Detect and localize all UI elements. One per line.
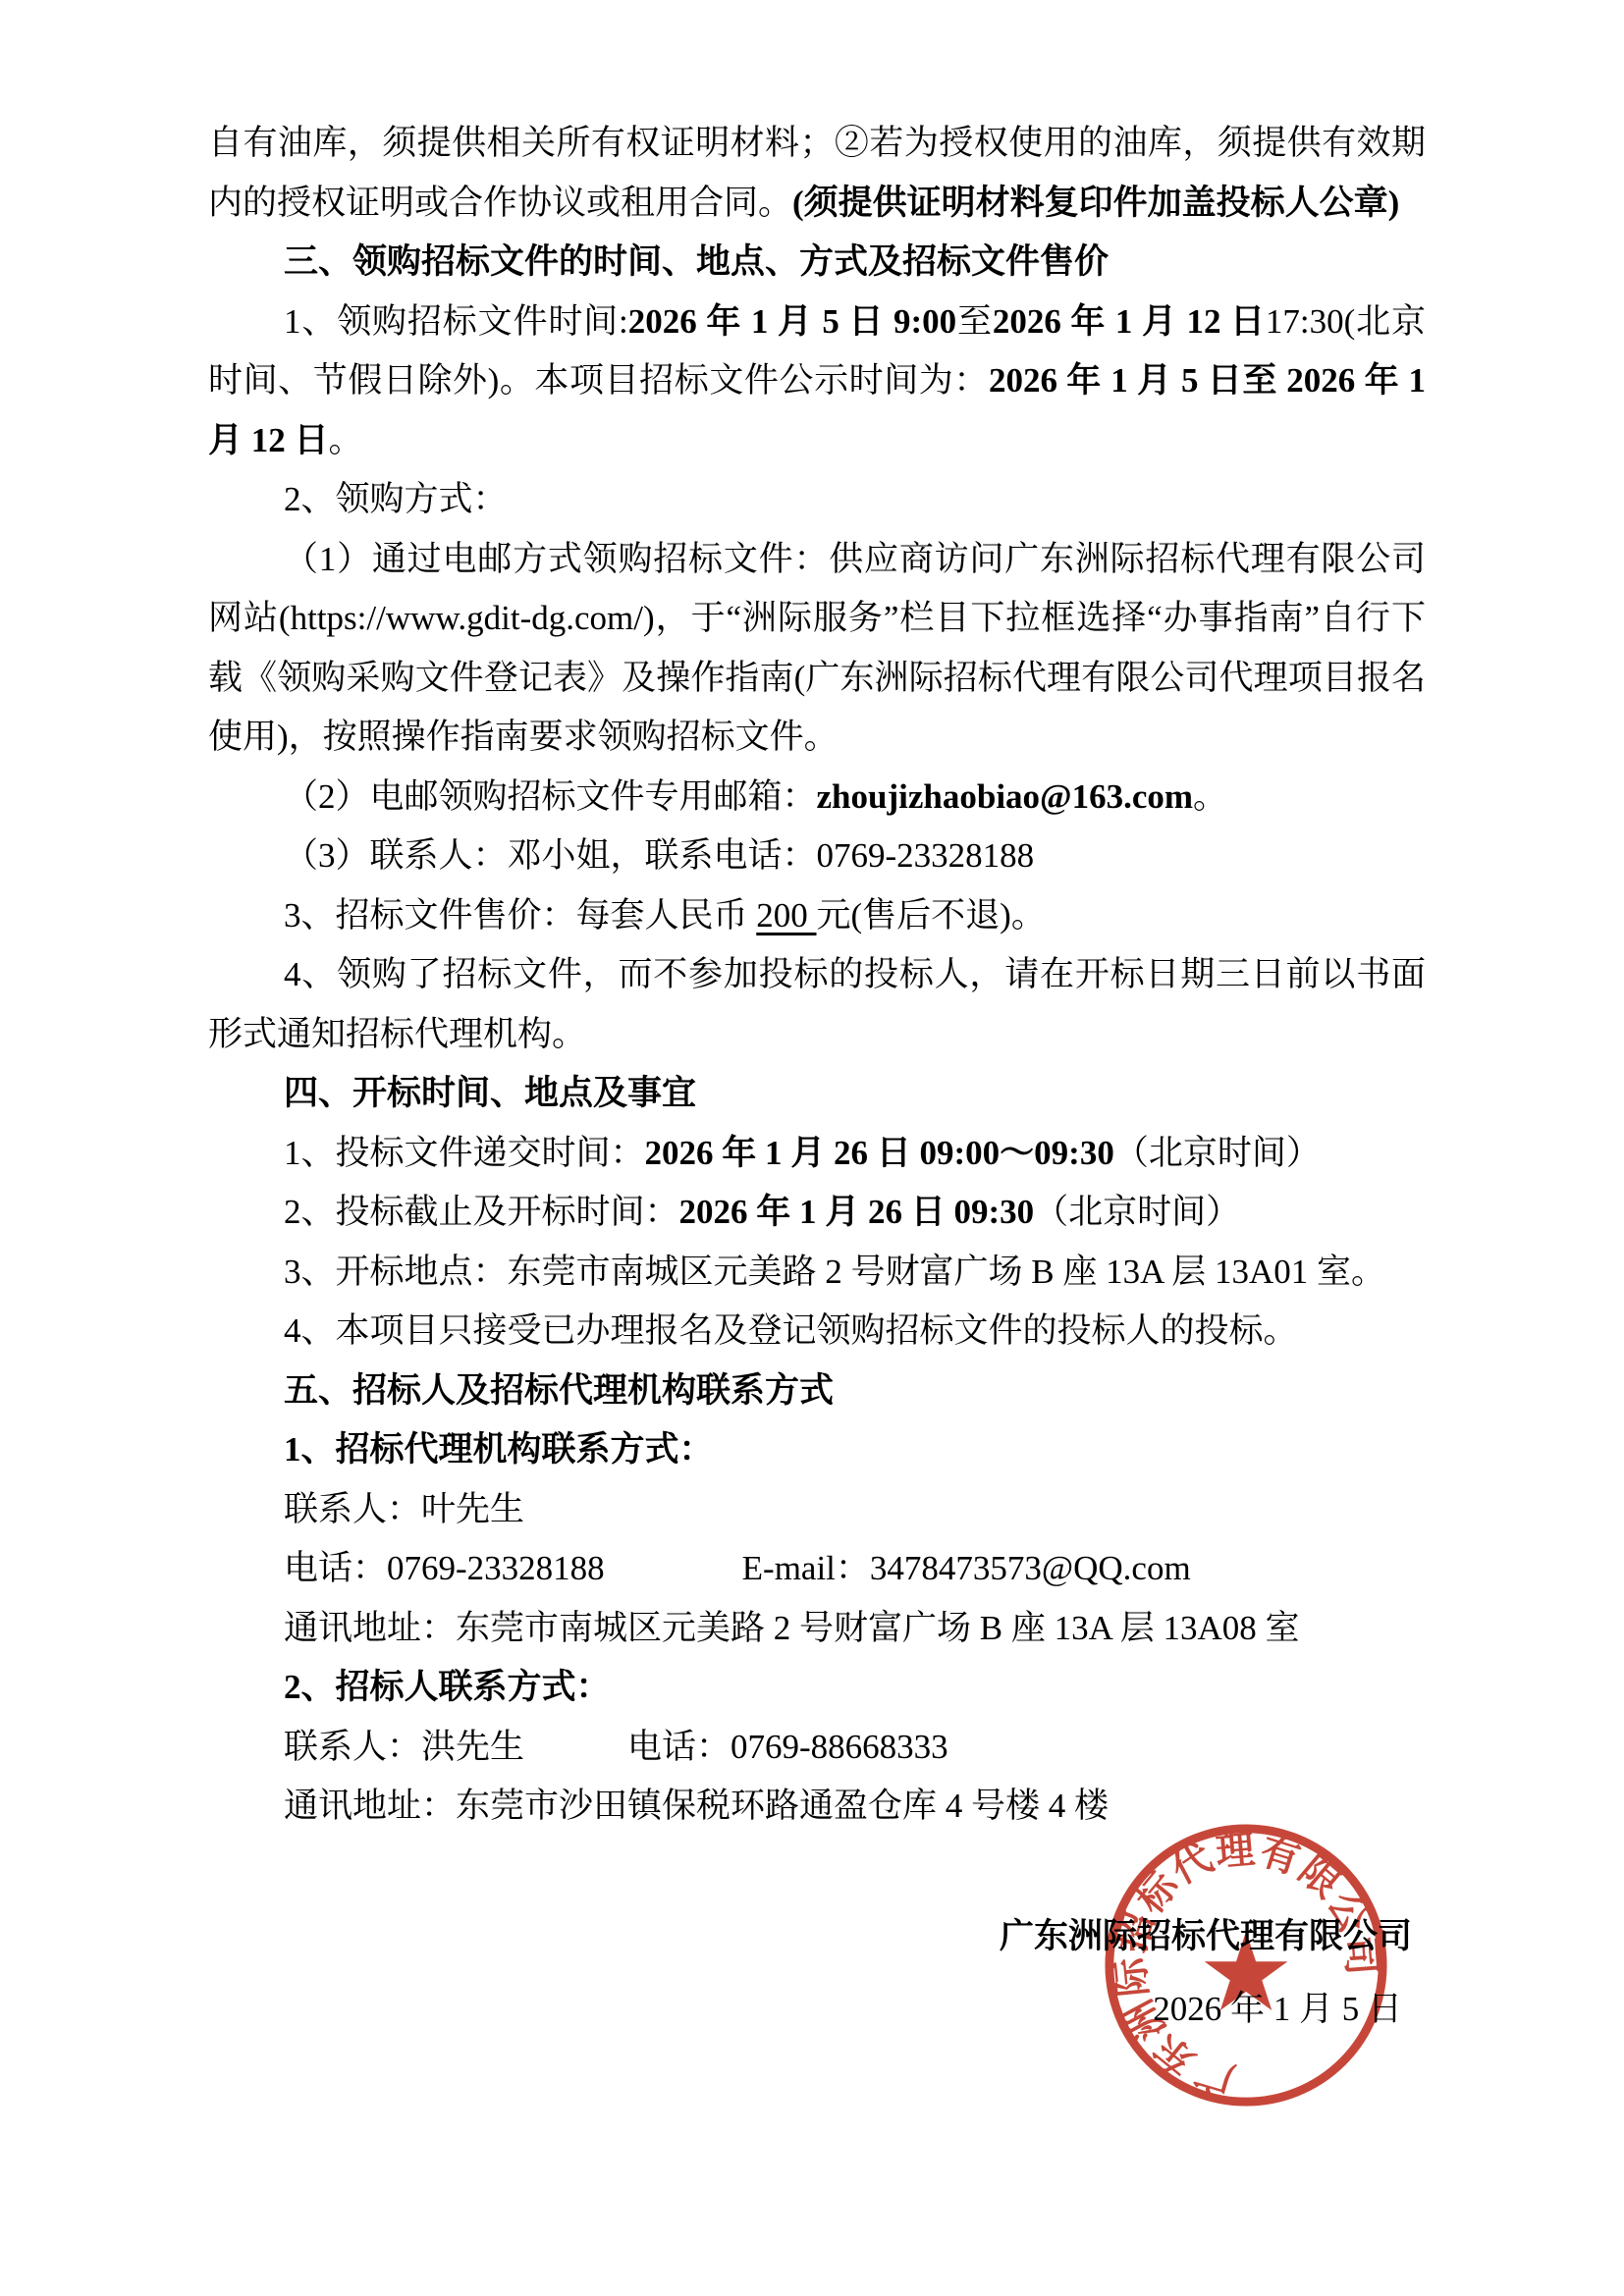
text-run: 2、投标截止及开标时间： (284, 1193, 679, 1231)
item-opening-location: 3、开标地点：东莞市南城区元美路 2 号财富广场 B 座 13A 层 13A01… (208, 1243, 1426, 1303)
section-3-heading: 三、领购招标文件的时间、地点、方式及招标文件售价 (208, 233, 1426, 293)
text-run: 4、本项目只接受已办理报名及登记领购招标文件的投标人的投标。 (284, 1311, 1298, 1350)
item-document-price: 3、招标文件售价：每套人民币 200 元(售后不退)。 (208, 886, 1426, 946)
text-run: 通讯地址：东莞市南城区元美路 2 号财富广场 B 座 13A 层 13A08 室 (284, 1609, 1299, 1647)
text-run: 联系人：洪先生 电话：0769-88668333 (284, 1728, 948, 1766)
text-run: 。 (329, 421, 363, 459)
document-body: 自有油库，须提供相关所有权证明材料；②若为授权使用的油库，须提供有效期内的授权证… (208, 114, 1426, 1837)
text-run: 3、招标文件售价：每套人民币 (284, 896, 756, 934)
bold-text-run: 四、开标时间、地点及事宜 (284, 1074, 696, 1112)
item-submission-time: 1、投标文件递交时间：2026 年 1 月 26 日 09:00～09:30（北… (208, 1124, 1426, 1184)
text-run: 电话：0769-23328188 E-mail：3478473573@QQ.co… (284, 1549, 1191, 1587)
text-run: （3）联系人：邓小姐，联系电话：0769-23328188 (284, 836, 1034, 875)
text-run: 4、领购了招标文件，而不参加投标的投标人，请在开标日期三日前以书面形式通知招标代… (208, 955, 1426, 1053)
text-run: 通讯地址：东莞市沙田镇保税环路通盈仓库 4 号楼 4 楼 (284, 1787, 1109, 1825)
item-email-address: （2）电邮领购招标文件专用邮箱：zhoujizhaobiao@163.com。 (208, 768, 1426, 828)
item-non-participation-notice: 4、领购了招标文件，而不参加投标的投标人，请在开标日期三日前以书面形式通知招标代… (208, 945, 1426, 1064)
agency-phone-email: 电话：0769-23328188 E-mail：3478473573@QQ.co… (208, 1539, 1426, 1599)
bold-text-run: 1、招标代理机构联系方式： (284, 1430, 714, 1468)
text-run: （北京时间） (1114, 1134, 1321, 1172)
text-run: （2）电邮领购招标文件专用邮箱： (284, 777, 817, 816)
bold-text-run: 三、领购招标文件的时间、地点、方式及招标文件售价 (284, 242, 1109, 281)
text-run: 元(售后不退)。 (817, 896, 1046, 934)
continued-paragraph: 自有油库，须提供相关所有权证明材料；②若为授权使用的油库，须提供有效期内的授权证… (208, 114, 1426, 233)
item-purchase-time: 1、领购招标文件时间:2026 年 1 月 5 日 9:00至2026 年 1 … (208, 293, 1426, 471)
page: 自有油库，须提供相关所有权证明材料；②若为授权使用的油库，须提供有效期内的授权证… (0, 0, 1624, 2296)
signature-date: 2026 年 1 月 5 日 (208, 1980, 1426, 2040)
agency-address: 通讯地址：东莞市南城区元美路 2 号财富广场 B 座 13A 层 13A08 室 (208, 1599, 1426, 1659)
item-purchase-method: 2、领购方式： (208, 470, 1426, 530)
underlined-text-run: 200 (756, 896, 816, 934)
bold-text-run: (须提供证明材料复印件加盖投标人公章) (792, 184, 1399, 222)
item-contact-deng: （3）联系人：邓小姐，联系电话：0769-23328188 (208, 827, 1426, 886)
agency-contact-person: 联系人：叶先生 (208, 1480, 1426, 1540)
bold-text-run: 2026 年 1 月 12 日 (993, 302, 1266, 341)
text-run: 。 (1193, 777, 1227, 816)
item-bid-acceptance: 4、本项目只接受已办理报名及登记领购招标文件的投标人的投标。 (208, 1302, 1426, 1362)
section-4-heading: 四、开标时间、地点及事宜 (208, 1064, 1426, 1124)
text-run: 1、投标文件递交时间： (284, 1134, 645, 1172)
bold-text-run: 2026 年 1 月 5 日 9:00 (628, 302, 956, 341)
bold-text-run: 2026 年 1 月 26 日 09:00～09:30 (645, 1134, 1114, 1172)
bold-text-run: zhoujizhaobiao@163.com (817, 777, 1194, 816)
text-run: 1、领购招标文件时间: (284, 302, 628, 341)
text-run: 2、领购方式： (284, 480, 508, 518)
tenderer-contact-phone: 联系人：洪先生 电话：0769-88668333 (208, 1718, 1426, 1778)
bold-text-run: 2026 年 1 月 26 日 09:30 (679, 1193, 1035, 1231)
text-run: 至 (956, 302, 993, 341)
item-method-email: （1）通过电邮方式领购招标文件：供应商访问广东洲际招标代理有限公司网站(http… (208, 530, 1426, 768)
item-agency-contact-heading: 1、招标代理机构联系方式： (208, 1420, 1426, 1480)
text-run: （北京时间） (1034, 1193, 1240, 1231)
bold-text-run: 五、招标人及招标代理机构联系方式 (284, 1371, 834, 1410)
bold-text-run: 2、招标人联系方式： (284, 1668, 611, 1706)
text-run: （1）通过电邮方式领购招标文件：供应商访问广东洲际招标代理有限公司网站(http… (208, 540, 1426, 757)
item-tenderer-contact-heading: 2、招标人联系方式： (208, 1658, 1426, 1718)
text-run: 3、开标地点：东莞市南城区元美路 2 号财富广场 B 座 13A 层 13A01… (284, 1253, 1385, 1291)
section-5-heading: 五、招标人及招标代理机构联系方式 (208, 1362, 1426, 1421)
text-run: 联系人：叶先生 (284, 1490, 524, 1528)
signature-company: 广东洲际招标代理有限公司 (208, 1907, 1426, 1967)
item-deadline-opening-time: 2、投标截止及开标时间：2026 年 1 月 26 日 09:30（北京时间） (208, 1183, 1426, 1243)
